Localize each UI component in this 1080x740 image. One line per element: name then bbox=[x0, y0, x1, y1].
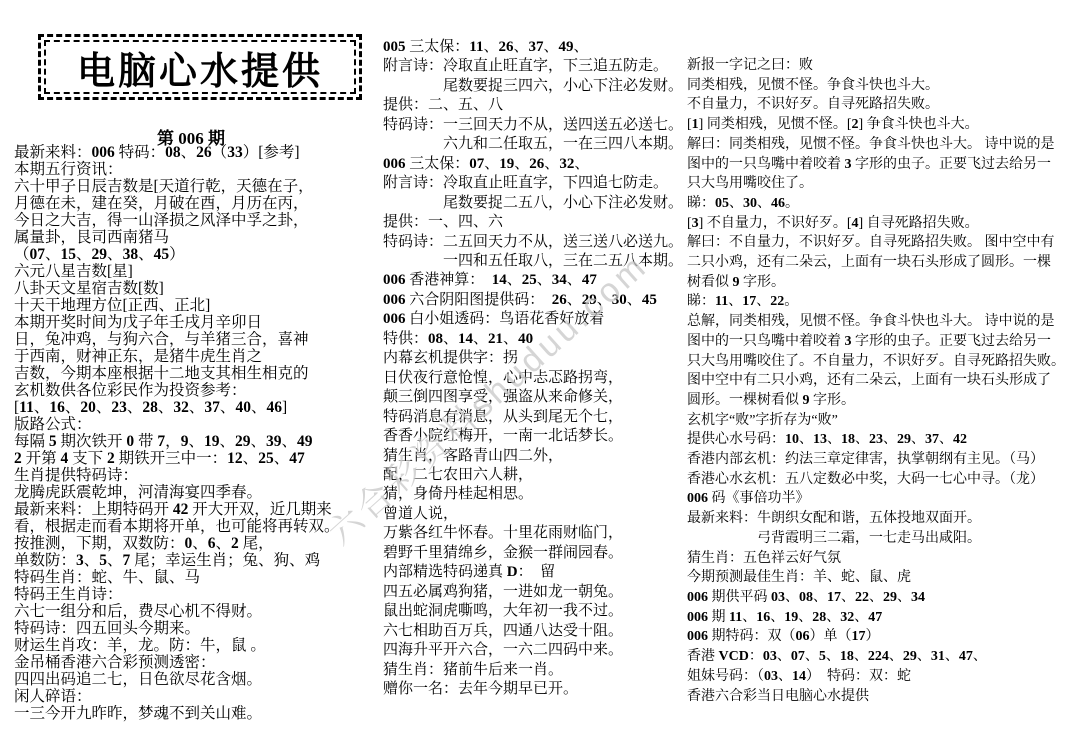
text-line: 圆形。一棵树看似 9 字形。 bbox=[687, 391, 1079, 411]
text-line: 特码诗：四五回头今期来。 bbox=[14, 620, 370, 637]
text-line: 解曰：不自量力，不识好歹。自寻死路招失败。 图中空中有 bbox=[687, 233, 1079, 253]
text-line: 图中的一只鸟嘴中着咬着 3 字形的虫子。正要飞过去给另一 bbox=[687, 332, 1079, 352]
text-line: 尾数要捉三四六，小心下注必发财。 bbox=[383, 77, 689, 96]
text-line: 同类相残，见惯不怪。争食斗快也斗大。 bbox=[687, 76, 1079, 96]
text-line: 特码诗：一三回天力不从，送四送五必送七。 bbox=[383, 116, 689, 135]
text-line: 鼠出蛇洞虎嘶鸣，大年初一我不过。 bbox=[383, 602, 689, 621]
text-line: 月德在未，建在癸，月破在酉，月历在丙， bbox=[14, 195, 370, 212]
text-line: 玄机数供各位彩民作为投资参考： bbox=[14, 382, 370, 399]
text-line: 十天干地理方位[正西、正北] bbox=[14, 297, 370, 314]
column-right: 新报一字记之曰：败同类相残，见惯不怪。争食斗快也斗大。不自量力，不识好歹。自寻死… bbox=[687, 56, 1079, 706]
text-line: 最新来料：牛朗织女配和谐，五体投地双面开。 bbox=[687, 509, 1079, 529]
text-line: 日，兔冲鸡，与狗六合，与羊猪三合，喜神 bbox=[14, 331, 370, 348]
text-line: 最新来料：006 特码：08、26（33）[参考] bbox=[14, 144, 370, 161]
text-line: 内部精选特码递真 D： 留 bbox=[383, 563, 689, 582]
text-line: [1] 同类相残，见惯不怪。[2] 争食斗快也斗大。 bbox=[687, 115, 1079, 135]
text-line: 曾道人说， bbox=[383, 505, 689, 524]
text-line: 香港六合彩当日电脑心水提供 bbox=[687, 687, 1079, 707]
text-line: 睇：11、17、22。 bbox=[687, 292, 1079, 312]
text-line: 香香小院红梅开，一南一北话梦长。 bbox=[383, 427, 689, 446]
text-line: 生肖提供特码诗： bbox=[14, 467, 370, 484]
text-line: 猜生肖：猪前牛后来一肖。 bbox=[383, 661, 689, 680]
text-line: 四五必属鸡狗猪，一进如龙一朝兔。 bbox=[383, 583, 689, 602]
text-line: 龙腾虎跃震乾坤，河清海宴四季春。 bbox=[14, 484, 370, 501]
text-line: （07、15、29、38、45） bbox=[14, 246, 370, 263]
text-line: 闲人碎语： bbox=[14, 688, 370, 705]
text-line: 树看似 9 字形。 bbox=[687, 273, 1079, 293]
text-line: 弓背霞明三二霜，一七走马出咸阳。 bbox=[687, 529, 1079, 549]
text-line: 最新来料：上期特码开 42 开大开双，近几期来 bbox=[14, 501, 370, 518]
text-line: 每隔 5 期次铁开 0 带 7，9、19、29、39、49 bbox=[14, 433, 370, 450]
text-line: 006 三太保：07、19、26、32、 bbox=[383, 155, 689, 174]
text-line: 006 白小姐透码：鸟语花香好放着 bbox=[383, 310, 689, 329]
text-line: 万紫各红牛怀春。十里花雨财临门， bbox=[383, 524, 689, 543]
text-line: 八卦天文星宿吉数[数] bbox=[14, 280, 370, 297]
text-line: 四四出码追二七，日色欲尽花含烟。 bbox=[14, 671, 370, 688]
text-line: 006 六合阴阳图提供码： 26、29、30、45 bbox=[383, 291, 689, 310]
text-line: 特供：08、14、21、40 bbox=[383, 330, 689, 349]
text-line: 六七相助百万兵，四通八达受十阻。 bbox=[383, 622, 689, 641]
text-line: 006 码《事倍功半》 bbox=[687, 489, 1079, 509]
text-line: 本期开奖时间为戊子年壬戌月辛卯日 bbox=[14, 314, 370, 331]
text-line: 配，二七农田六人耕， bbox=[383, 466, 689, 485]
text-line: 特码诗：二五回天力不从，送三送八必送九。 bbox=[383, 233, 689, 252]
text-line: 只大鸟用嘴咬住了。 bbox=[687, 174, 1079, 194]
text-line: 只大鸟用嘴咬住了。不自量力，不识好歹。自寻死路招失败。 bbox=[687, 352, 1079, 372]
column-left: 最新来料：006 特码：08、26（33）[参考]本期五行资讯：六十甲子日辰吉数… bbox=[14, 144, 370, 722]
text-line: 香港心水玄机：五八定数必中奖，大码一七心中寻。（龙） bbox=[687, 470, 1079, 490]
text-line: 猜生肖：五色祥云好气氛 bbox=[687, 549, 1079, 569]
text-line: 属量卦，艮司西南猪马 bbox=[14, 229, 370, 246]
text-line: 一三今开九昨昨，梦魂不到关山难。 bbox=[14, 705, 370, 722]
text-line: 看，根据走而看本期将开单，也可能将再转双。 bbox=[14, 518, 370, 535]
text-line: 玄机字“败”字折存为“败” bbox=[687, 411, 1079, 431]
text-line: 猜，身倚丹桂起相思。 bbox=[383, 485, 689, 504]
text-line: 附言诗：冷取直止旺直字，下三追五防走。 bbox=[383, 57, 689, 76]
text-line: 四海升平开六合，一六二四码中来。 bbox=[383, 641, 689, 660]
text-line: 提供心水号码：10、13、18、23、29、37、42 bbox=[687, 430, 1079, 450]
text-line: 006 香港神算： 14、25、34、47 bbox=[383, 271, 689, 290]
text-line: 香港内部玄机：约法三章定律害，执掌朝纲有主见。（马） bbox=[687, 450, 1079, 470]
column-middle: 005 三太保：11、26、37、49、附言诗：冷取直止旺直字，下三追五防走。尾… bbox=[383, 38, 689, 699]
text-line: 特码生肖：蛇、牛、鼠、马 bbox=[14, 569, 370, 586]
text-line: 于西南，财神正东，是猪牛虎生肖之 bbox=[14, 348, 370, 365]
text-line: 不自量力，不识好歹。自寻死路招失败。 bbox=[687, 95, 1079, 115]
text-line: 005 三太保：11、26、37、49、 bbox=[383, 38, 689, 57]
text-line: 特码王生肖诗： bbox=[14, 586, 370, 603]
text-line: 版路公式： bbox=[14, 416, 370, 433]
text-line: 吉数，今期本座根据十二地支其相生相克的 bbox=[14, 365, 370, 382]
text-line: 六九和二任取五，一在三四八本期。 bbox=[383, 135, 689, 154]
text-line: 今期预测最佳生肖：羊、蛇、鼠、虎 bbox=[687, 568, 1079, 588]
text-line: 金吊桶香港六合彩预测透密： bbox=[14, 654, 370, 671]
text-line: 单数防：3、5、7 尾；幸运生肖；兔、狗、鸡 bbox=[14, 552, 370, 569]
text-line: 按推测，下期，双数防：0、6、2 尾， bbox=[14, 535, 370, 552]
text-line: 颠三倒四图享受，强盗从来命修关， bbox=[383, 388, 689, 407]
text-line: 006 期特码：双（06）单（17） bbox=[687, 627, 1079, 647]
text-line: 006 期 11、16、19、28、32、47 bbox=[687, 608, 1079, 628]
text-line: 解曰：同类相残，见惯不怪。争食斗快也斗大。 诗中说的是 bbox=[687, 135, 1079, 155]
text-line: 006 期供平码 03、08、17、22、29、34 bbox=[687, 588, 1079, 608]
text-line: 香港 VCD：03、07、5、18、224、29、31、47、 bbox=[687, 647, 1079, 667]
text-line: 财运生肖攻：羊，龙。防：牛，鼠 。 bbox=[14, 637, 370, 654]
title-box: 电脑心水提供 bbox=[38, 34, 362, 100]
text-line: 赠你一名：去年今期早已开。 bbox=[383, 680, 689, 699]
text-line: 六七一组分和后，费尽心机不得财。 bbox=[14, 603, 370, 620]
text-line: 睇：05、30、46。 bbox=[687, 194, 1079, 214]
text-line: 提供：二、五、八 bbox=[383, 96, 689, 115]
text-line: 图中的一只鸟嘴中着咬着 3 字形的虫子。正要飞过去给另一 bbox=[687, 155, 1079, 175]
text-line: 图中空中有二只小鸡，还有二朵云，上面有一块石头形成了 bbox=[687, 371, 1079, 391]
text-line: 总解，同类相残，见惯不怪。争食斗快也斗大。 诗中说的是 bbox=[687, 312, 1079, 332]
text-line: 姐妹号码：（03、14） 特码：双：蛇 bbox=[687, 667, 1079, 687]
text-line: 2 开第 4 支下 2 期铁开三中一：12、25、47 bbox=[14, 450, 370, 467]
text-line: 附言诗：冷取直止旺直字，下四追七防走。 bbox=[383, 174, 689, 193]
text-line: 新报一字记之曰：败 bbox=[687, 56, 1079, 76]
text-line: 二只小鸡，还有二朵云，上面有一块石头形成了圆形。一棵 bbox=[687, 253, 1079, 273]
text-line: 尾数要捉二五八，小心下注必发财。 bbox=[383, 194, 689, 213]
text-line: 六十甲子日辰吉数是[天道行乾，天德在子， bbox=[14, 178, 370, 195]
text-line: [3] 不自量力，不识好歹。[4] 自寻死路招失败。 bbox=[687, 214, 1079, 234]
text-line: 碧野千里猜绵乡，金猴一群闹园春。 bbox=[383, 544, 689, 563]
text-line: 提供：一、四、六 bbox=[383, 213, 689, 232]
lottery-tip-sheet: { "title_box": { "title": "电脑心水提供" }, "i… bbox=[0, 0, 1080, 740]
text-line: [11、16、20、23、28、32、37、40、46] bbox=[14, 399, 370, 416]
page-title: 电脑心水提供 bbox=[77, 40, 323, 95]
text-line: 本期五行资讯： bbox=[14, 161, 370, 178]
text-line: 猜生肖，客路青山四二外， bbox=[383, 447, 689, 466]
title-box-inner-border: 电脑心水提供 bbox=[44, 40, 356, 94]
text-line: 特码消息有消息，从头到尾无个七， bbox=[383, 408, 689, 427]
text-line: 内幕玄机提供字：拐 bbox=[383, 349, 689, 368]
text-line: 日伏夜行意怆惶，心中忐忑路拐弯， bbox=[383, 369, 689, 388]
text-line: 今日之大吉，得一山泽损之风泽中孚之卦， bbox=[14, 212, 370, 229]
text-line: 一四和五任取八，三在二五八本期。 bbox=[383, 252, 689, 271]
text-line: 六元八星吉数[星] bbox=[14, 263, 370, 280]
